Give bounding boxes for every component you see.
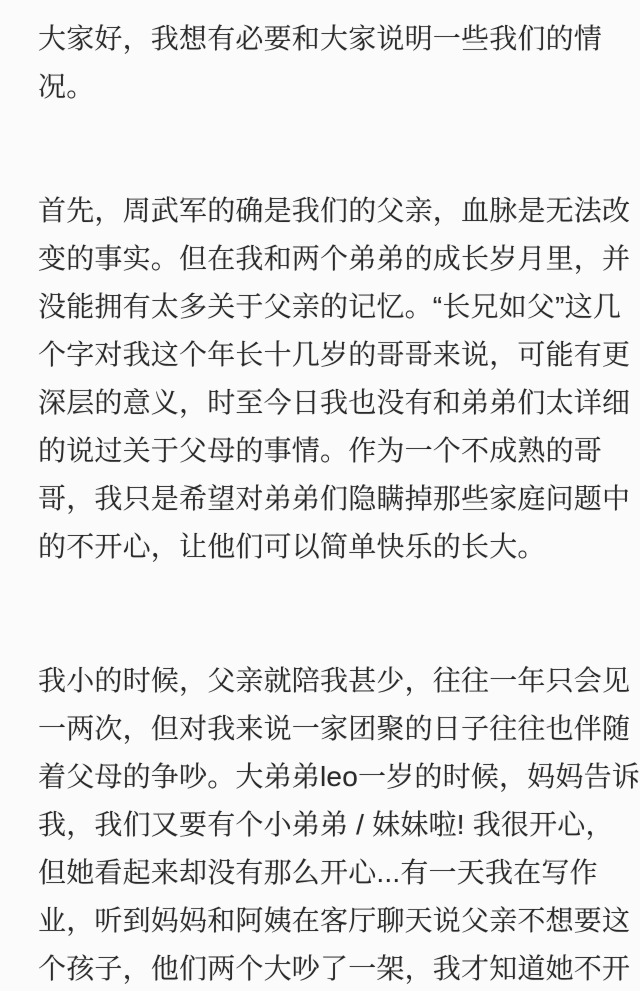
text-line: 个字对我这个年长十几岁的哥哥来说，可能有更 (38, 331, 600, 379)
text-line: 变的事实。但在我和两个弟弟的成长岁月里，并 (38, 235, 600, 283)
text-line: 我小的时候，父亲就陪我甚少，往往一年只会见 (38, 657, 600, 705)
text-line: 哥，我只是希望对弟弟们隐瞒掉那些家庭问题中 (38, 475, 600, 523)
paragraph: 首先，周武军的确是我们的父亲，血脉是无法改变的事实。但在我和两个弟弟的成长岁月里… (38, 187, 600, 571)
text-line: 业，听到妈妈和阿姨在客厅聊天说父亲不想要这 (38, 897, 600, 945)
text-line: 一两次，但对我来说一家团聚的日子往往也伴随 (38, 705, 600, 753)
text-line: 首先，周武军的确是我们的父亲，血脉是无法改 (38, 187, 600, 235)
text-line: 深层的意义，时至今日我也没有和弟弟们太详细 (38, 379, 600, 427)
paragraph: 大家好，我想有必要和大家说明一些我们的情况。 (38, 15, 600, 111)
text-line: 个孩子，他们两个大吵了一架，我才知道她不开 (38, 945, 600, 991)
text-line: 但她看起来却没有那么开心...有一天我在写作 (38, 849, 600, 897)
text-line: 我，我们又要有个小弟弟 / 妹妹啦! 我很开心， (38, 801, 600, 849)
text-line: 况。 (38, 63, 600, 111)
statement-page: 大家好，我想有必要和大家说明一些我们的情况。首先，周武军的确是我们的父亲，血脉是… (0, 0, 640, 991)
text-line: 大家好，我想有必要和大家说明一些我们的情 (38, 15, 600, 63)
text-line: 着父母的争吵。大弟弟leo一岁的时候，妈妈告诉 (38, 753, 600, 801)
text-line: 的不开心，让他们可以简单快乐的长大。 (38, 523, 600, 571)
paragraph: 我小的时候，父亲就陪我甚少，往往一年只会见一两次，但对我来说一家团聚的日子往往也… (38, 657, 600, 991)
text-line: 的说过关于父母的事情。作为一个不成熟的哥 (38, 427, 600, 475)
text-line: 没能拥有太多关于父亲的记忆。“长兄如父”这几 (38, 283, 600, 331)
statement-text: 大家好，我想有必要和大家说明一些我们的情况。首先，周武军的确是我们的父亲，血脉是… (38, 15, 600, 991)
